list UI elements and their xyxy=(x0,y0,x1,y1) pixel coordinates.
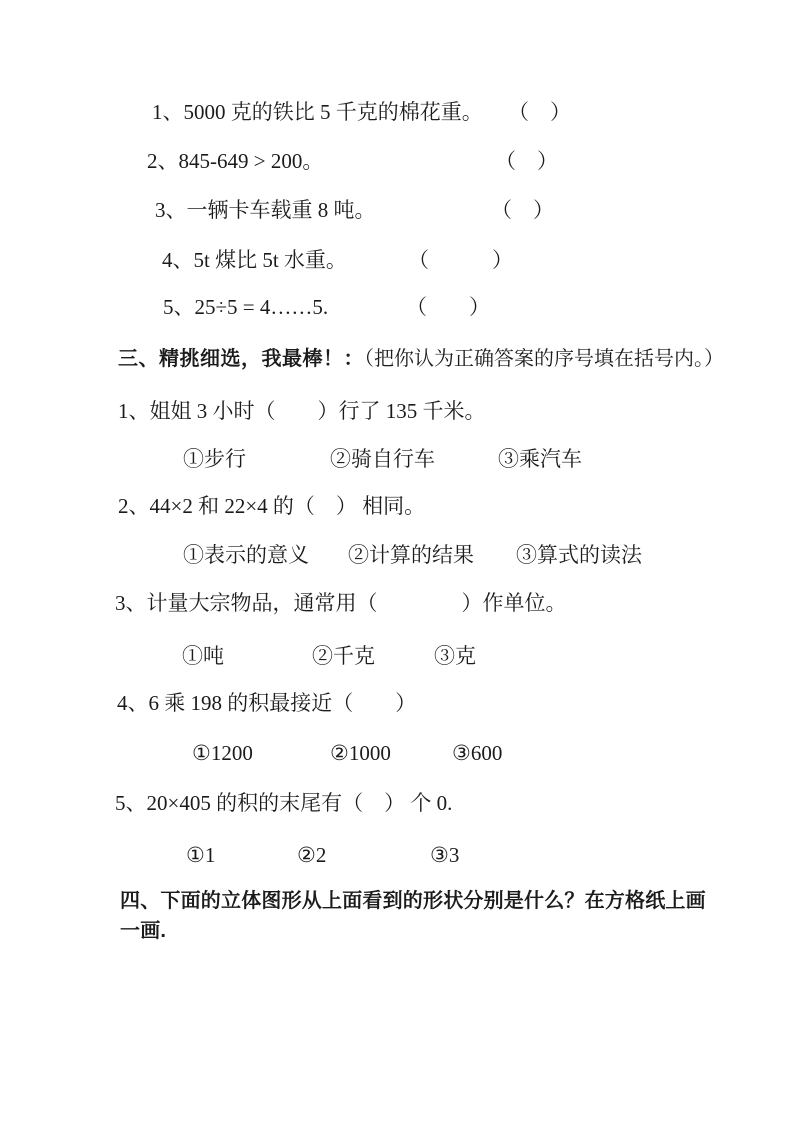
option-1: ①1200 xyxy=(192,741,253,766)
option-3: ③算式的读法 xyxy=(516,543,642,568)
tf-question-text: 2、845-649 > 200。 xyxy=(147,149,323,174)
option-2: ②1000 xyxy=(330,741,391,766)
option-1: ①步行 xyxy=(183,447,246,472)
option-2: ②2 xyxy=(297,843,326,868)
choice-question-text: 5、20×405 的积的末尾有（ ） 个 0. xyxy=(115,791,452,816)
section-instructions: （把你认为正确答案的序号填在括号内。） xyxy=(364,348,724,370)
option-1: ①吨 xyxy=(182,644,224,669)
tf-question-row: 4、5t 煤比 5t 水重。 （ ） xyxy=(0,248,793,273)
tf-question-row: 2、845-649 > 200。 （ ） xyxy=(0,149,793,174)
option-1: ①表示的意义 xyxy=(183,543,309,568)
option-1: ①1 xyxy=(186,843,215,868)
tf-question-text: 5、25÷5 = 4……5. xyxy=(163,295,328,320)
tf-question-text: 3、一辆卡车载重 8 吨。 xyxy=(155,198,376,223)
choice-question-text: 4、6 乘 198 的积最接近（ ） xyxy=(117,691,416,716)
section-four-heading: 四、下面的立体图形从上面看到的形状分别是什么？在方格纸上画一画. xyxy=(120,886,712,946)
section-title: 三、精挑细选，我最棒！： xyxy=(118,348,364,370)
option-2: ②骑自行车 xyxy=(330,447,435,472)
answer-brackets: （ ） xyxy=(491,198,554,223)
choice-question-text: 3、计量大宗物品，通常用（ ）作单位。 xyxy=(115,591,567,616)
tf-question-row: 3、一辆卡车载重 8 吨。 （ ） xyxy=(0,198,793,223)
option-2: ②千克 xyxy=(312,644,375,669)
answer-brackets: （ ） xyxy=(508,100,571,125)
tf-question-row: 1、5000 克的铁比 5 千克的棉花重。 （ ） xyxy=(0,100,793,125)
answer-brackets: （ ） xyxy=(406,295,490,320)
section-three-heading: 三、精挑细选，我最棒！：（把你认为正确答案的序号填在括号内。） xyxy=(118,347,724,372)
choice-question-text: 1、姐姐 3 小时（ ）行了 135 千米。 xyxy=(118,399,486,424)
choice-question-text: 2、44×2 和 22×4 的（ ） 相同。 xyxy=(118,494,425,519)
option-3: ③3 xyxy=(430,843,459,868)
option-3: ③克 xyxy=(434,644,476,669)
tf-question-text: 4、5t 煤比 5t 水重。 xyxy=(162,248,347,273)
option-3: ③乘汽车 xyxy=(498,447,582,472)
option-2: ②计算的结果 xyxy=(348,543,474,568)
tf-question-row: 5、25÷5 = 4……5. （ ） xyxy=(0,295,793,320)
answer-brackets: （ ） xyxy=(495,149,558,174)
option-3: ③600 xyxy=(452,741,502,766)
tf-question-text: 1、5000 克的铁比 5 千克的棉花重。 xyxy=(152,100,483,125)
worksheet-page: 1、5000 克的铁比 5 千克的棉花重。 （ ） 2、845-649 > 20… xyxy=(0,0,793,1122)
answer-brackets: （ ） xyxy=(408,248,513,273)
